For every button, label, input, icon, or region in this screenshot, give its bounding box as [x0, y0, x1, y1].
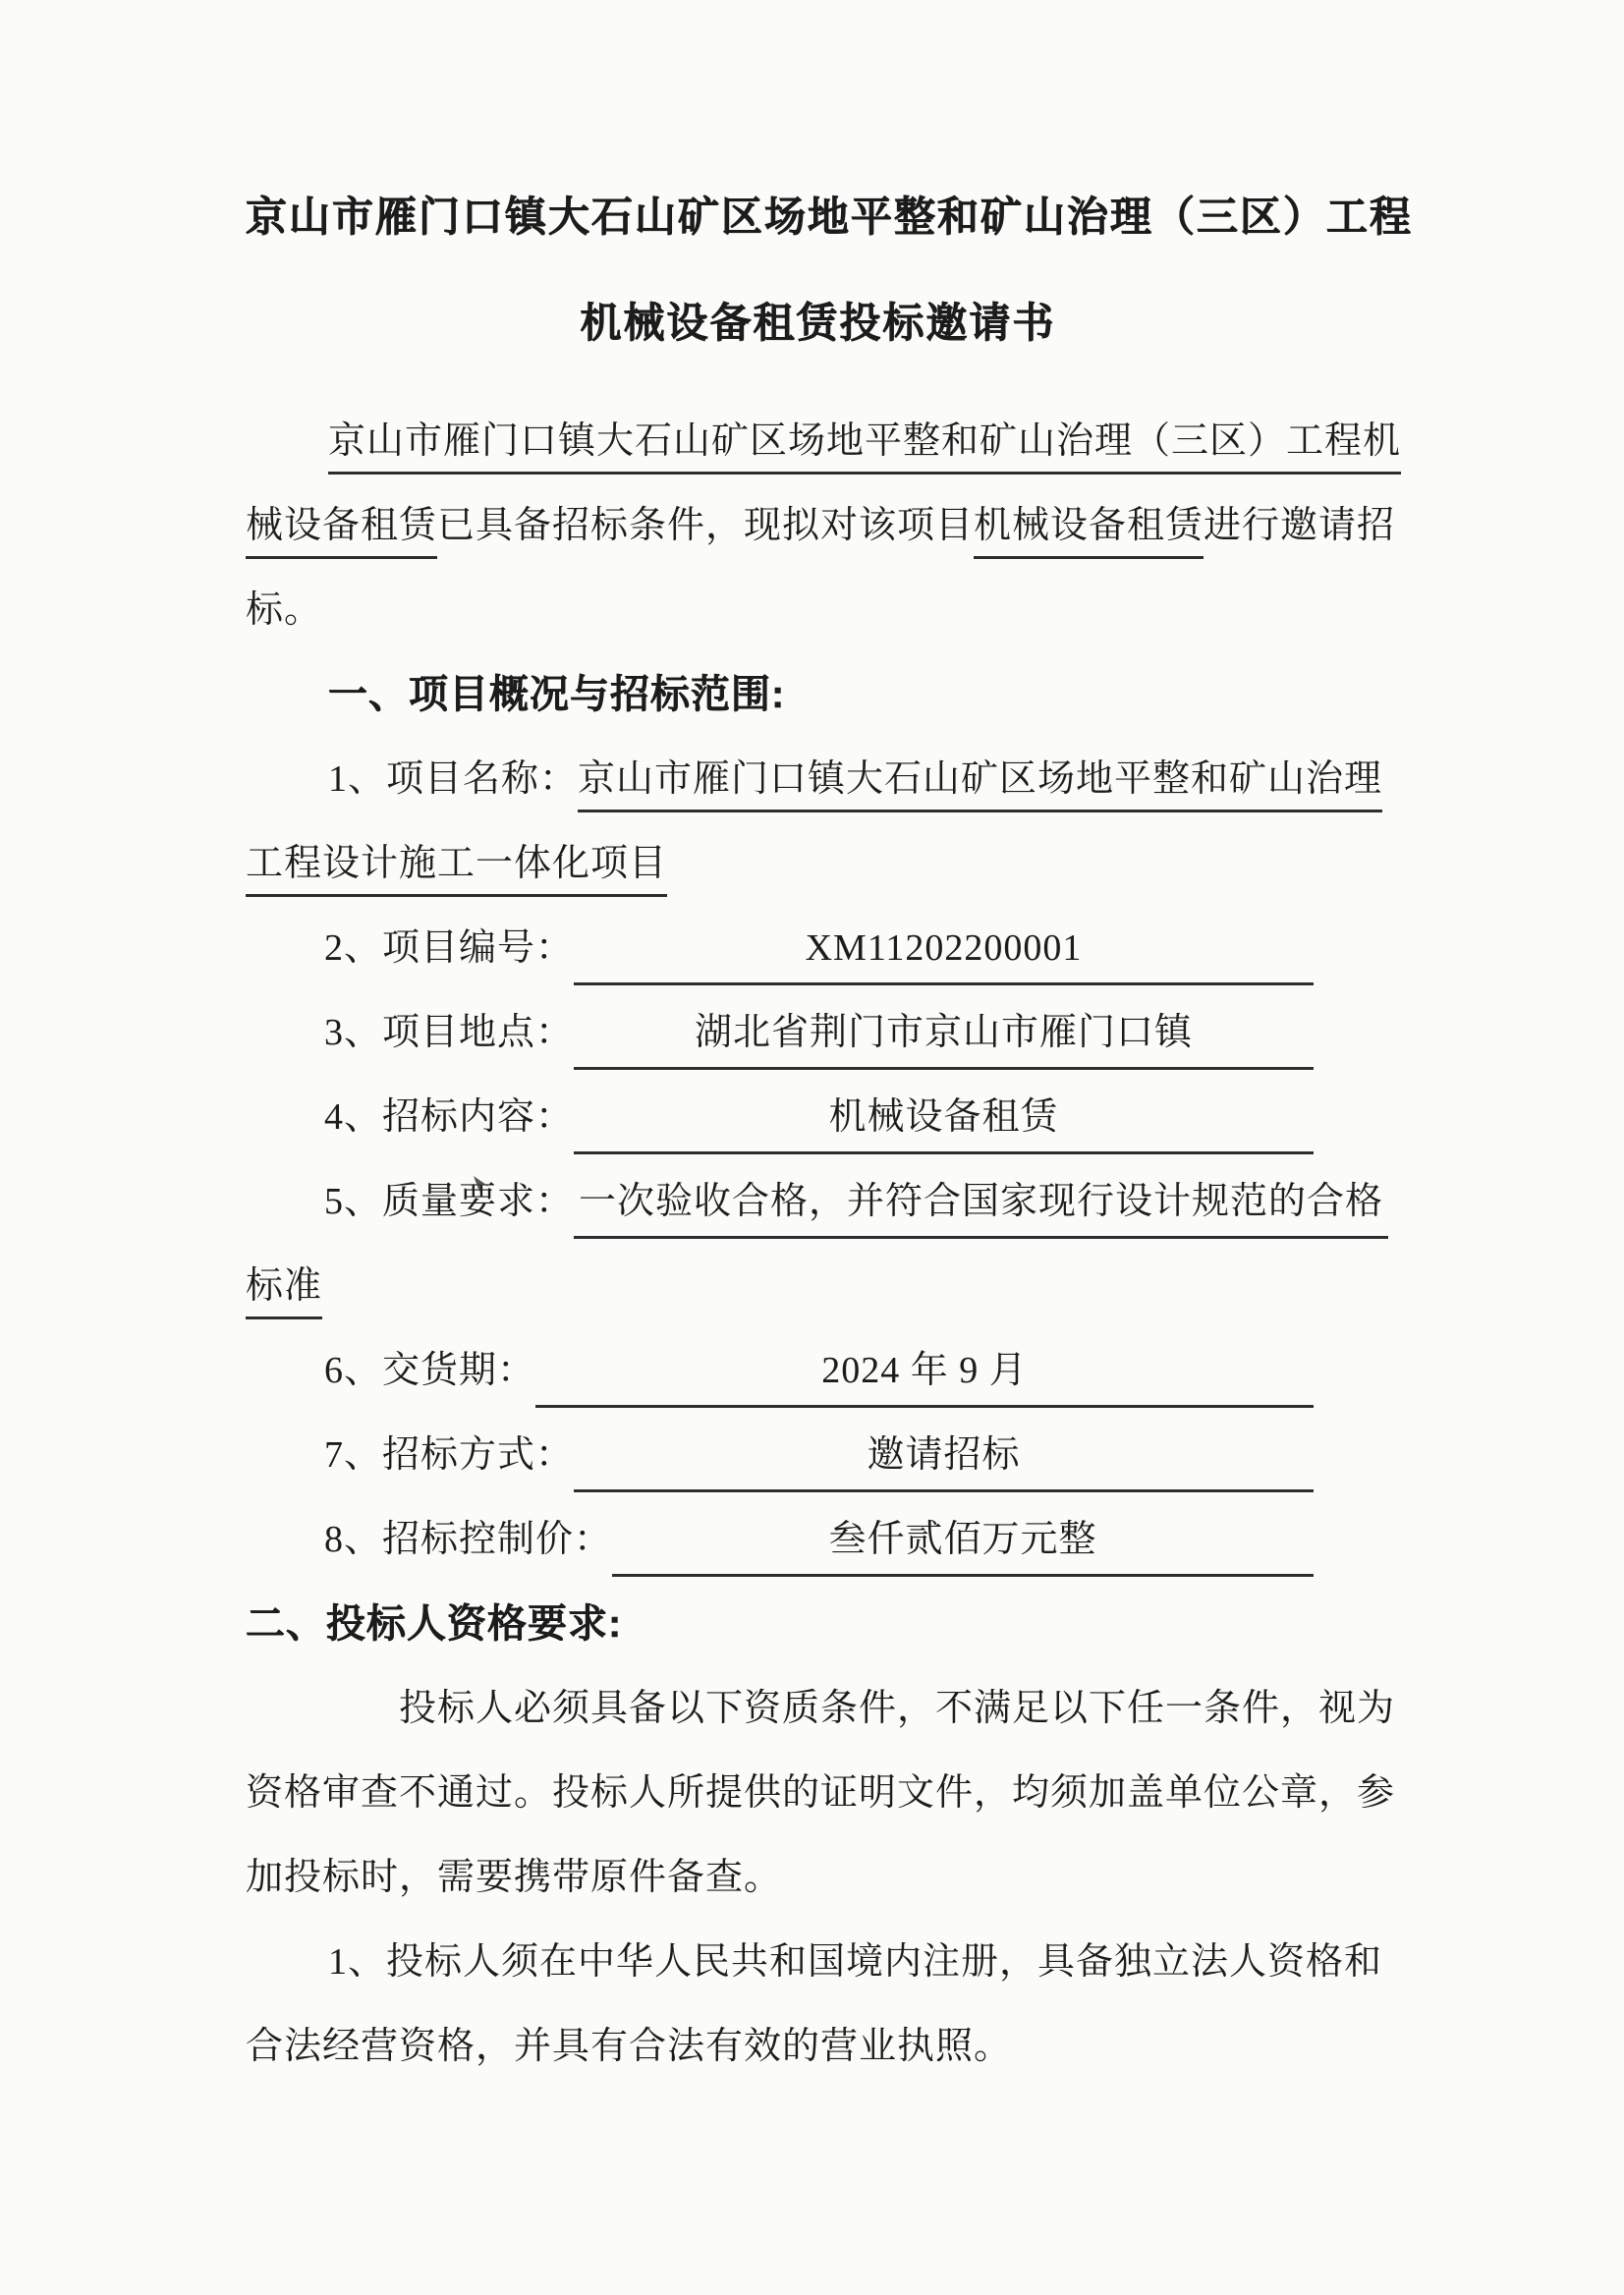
underlined-rental-text: 械设备租赁 [246, 505, 437, 559]
project-location-label: 3、项目地点： [324, 990, 574, 1075]
field-tender-content: 4、招标内容：机械设备租赁 [246, 1075, 1390, 1159]
qualification-paragraph-line3: 加投标时，需要携带原件备查。 [246, 1835, 1390, 1920]
field-project-name-line2: 工程设计施工一体化项目 [246, 821, 1390, 906]
project-location-value: 湖北省荆门市京山市雁门口镇 [574, 990, 1314, 1070]
quality-requirement-value-part1: 一次验收合格，并符合国家现行设计规范的合格 [574, 1159, 1388, 1239]
qualification-paragraph-line2: 资格审查不通过。投标人所提供的证明文件，均须加盖单位公章，参 [246, 1751, 1390, 1835]
document-title-line2: 机械设备租赁投标邀请书 [246, 293, 1390, 354]
control-price-label: 8、招标控制价： [324, 1497, 612, 1582]
control-price-value: 叁仟贰佰万元整 [612, 1497, 1314, 1577]
delivery-date-label: 6、交货期： [324, 1328, 535, 1413]
qualification-item1-line1: 1、投标人须在中华人民共和国境内注册，具备独立法人资格和 [246, 1920, 1390, 2004]
section2-heading: 二、投标人资格要求: [246, 1582, 1390, 1666]
tender-content-value: 机械设备租赁 [574, 1075, 1314, 1154]
scanned-document-page: 京山市雁门口镇大石山矿区场地平整和矿山治理（三区）工程 机械设备租赁投标邀请书 … [0, 0, 1624, 2295]
document-content: 京山市雁门口镇大石山矿区场地平整和矿山治理（三区）工程 机械设备租赁投标邀请书 … [246, 0, 1390, 2089]
project-name-value-part1: 京山市雁门口镇大石山矿区场地平整和矿山治理 [578, 758, 1382, 812]
field-project-code: 2、项目编号：XM11202200001 [246, 906, 1390, 990]
field-control-price: 8、招标控制价：叁仟贰佰万元整 [246, 1497, 1390, 1582]
project-code-value: XM11202200001 [574, 906, 1314, 985]
delivery-date-value: 2024 年 9 月 [535, 1328, 1314, 1408]
project-name-value-part2: 工程设计施工一体化项目 [246, 843, 667, 897]
intro-paragraph-line3: 标。 [246, 568, 1390, 652]
quality-requirement-label: 5、质量要求： [324, 1159, 574, 1244]
field-delivery-date: 6、交货期：2024 年 9 月 [246, 1328, 1390, 1413]
section1-heading: 一、项目概况与招标范围: [246, 652, 1390, 737]
document-title-line1: 京山市雁门口镇大石山矿区场地平整和矿山治理（三区）工程 [246, 187, 1390, 248]
field-project-name-line1: 1、项目名称：京山市雁门口镇大石山矿区场地平整和矿山治理 [246, 737, 1390, 821]
project-code-label: 2、项目编号： [324, 906, 574, 990]
intro-plain-text-1: 已具备招标条件，现拟对该项目 [437, 505, 974, 546]
field-project-location: 3、项目地点：湖北省荆门市京山市雁门口镇 [246, 990, 1390, 1075]
qualification-item1-line2: 合法经营资格，并具有合法有效的营业执照。 [246, 2004, 1390, 2089]
underlined-equipment-rental-text: 机械设备租赁 [974, 505, 1204, 559]
intro-plain-text-2: 进行邀请招 [1204, 505, 1395, 546]
underlined-project-name-text: 京山市雁门口镇大石山矿区场地平整和矿山治理（三区）工程机 [328, 420, 1401, 475]
intro-paragraph-line1: 京山市雁门口镇大石山矿区场地平整和矿山治理（三区）工程机 [246, 399, 1390, 483]
tender-method-label: 7、招标方式： [324, 1413, 574, 1497]
field-tender-method: 7、招标方式：邀请招标 [246, 1413, 1390, 1497]
field-quality-requirement-line1: 5、质量要求：一次验收合格，并符合国家现行设计规范的合格 [246, 1159, 1390, 1244]
project-name-label: 1、项目名称： [328, 758, 578, 800]
field-quality-requirement-line2: 标准 [246, 1244, 1390, 1328]
intro-paragraph-line2: 械设备租赁已具备招标条件，现拟对该项目机械设备租赁进行邀请招 [246, 483, 1390, 568]
stray-pen-mark-icon [470, 1144, 491, 1167]
tender-content-label: 4、招标内容： [324, 1075, 574, 1159]
quality-requirement-value-part2: 标准 [246, 1265, 322, 1319]
tender-method-value: 邀请招标 [574, 1413, 1314, 1492]
qualification-paragraph-line1: 投标人必须具备以下资质条件，不满足以下任一条件，视为 [246, 1666, 1390, 1751]
